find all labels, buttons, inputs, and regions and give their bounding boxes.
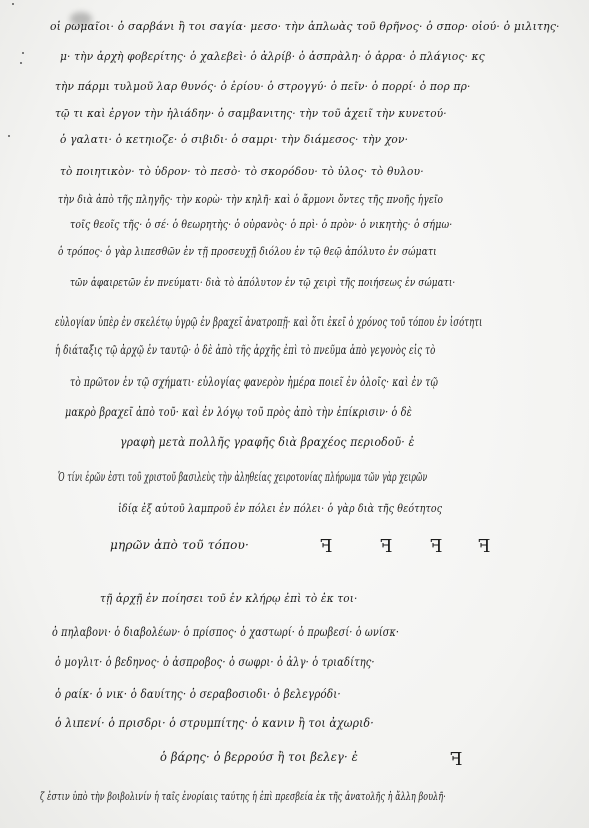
heading-line: τῇ ἀρχῇ ἐν ποίησει τοῦ ἐν κλήρῳ ἐπὶ τὸ ἐ…: [100, 592, 357, 605]
list-line-4: ὁ λιπενί· ὁ πρισδρι· ὁ στρυμπίτης· ὁ καν…: [55, 716, 374, 730]
text-line-9: ὁ τρόπος· ὁ γὰρ λιπεσθῶν ἐν τῇ προσευχῇ …: [58, 245, 437, 258]
manuscript-page: οἰ ρωμαῖοι· ὁ σαρβάνι ἢ τοι σαγία· μεσο·…: [0, 0, 589, 828]
text-line-15: γραφὴ μετὰ πολλῆς γραφῆς διὰ βραχέος περ…: [120, 435, 414, 449]
text-line-7: τὴν διὰ ἀπὸ τῆς πληγῆς· τὴν κορὼ· τὴν κη…: [58, 193, 443, 206]
text-line-6: τὸ ποιητικὸν· τὸ ὑδρον· τὸ πεσὸ· τὸ σκορ…: [60, 165, 424, 178]
speck: [12, 3, 14, 5]
text-line-16: Ὁ τίνι ἐρῶν ἐστι τοῦ χριστοῦ βασιλεὺς τὴ…: [58, 470, 427, 484]
text-line-2: μ· τὴν ἀρχὴ φοβερίτης· ὁ χαλεβεὶ· ὁ ἀλρί…: [60, 50, 485, 63]
text-line-1: οἰ ρωμαῖοι· ὁ σαρβάνι ἢ τοι σαγία· μεσο·…: [50, 20, 560, 33]
speck: [20, 62, 22, 64]
text-line-14: μακρὸ βραχεῖ ἀπὸ τοῦ· καὶ ἐν λόγῳ τοῦ πρ…: [65, 405, 412, 419]
text-line-final: ζ ἐστιν ὑπὸ τὴν βοιβολινίν ἡ ταῖς ἐνορία…: [40, 790, 446, 803]
text-line-18: μηρῶν ἀπὸ τοῦ τόπου·: [110, 538, 249, 552]
siglum-2: ꟻ: [380, 536, 393, 557]
list-line-3: ὁ ραίκ· ὁ νικ· ὁ δαυίτης· ὁ σεραβοσιοδι·…: [55, 687, 341, 701]
speck: [22, 52, 24, 54]
list-line-5: ὁ βάρης· ὁ βερρούσ ἢ τοι βελεγ· ἐ: [160, 750, 358, 764]
text-line-13: τὸ πρῶτον ἐν τῷ σχήματι· εὐλογίας φανερὸ…: [70, 375, 438, 389]
siglum-1: ꟻ: [320, 536, 333, 557]
speck: [8, 135, 10, 137]
list-line-1: ὁ πηλαβονι· ὁ διαβολέων· ὁ πρίσπος· ὁ χα…: [52, 625, 399, 639]
text-line-17: ἰδίᾳ ἐξ αὐτοῦ λαμπροῦ ἐν πόλει ἐν πόλει·…: [118, 502, 442, 515]
siglum-5: ꟻ: [450, 749, 463, 770]
text-line-11: εὐλογίαν ὑπὲρ ἐν σκελέτῳ ὑγρῷ ἐν βραχεῖ …: [55, 315, 482, 329]
text-line-3: τὴν πάρμι τυλμοῦ λαρ θυνός· ὁ ἐρίου· ὁ σ…: [55, 80, 471, 93]
siglum-4: ꟻ: [478, 536, 491, 557]
text-line-5: ὁ γαλατι· ὁ κετηιοζε· ὁ σιβιδι· ὁ σαμρι·…: [60, 133, 408, 146]
text-line-4: τῷ τι καὶ ἐργον τὴν ἡλιάδην· ὁ σαμβανιτη…: [55, 107, 447, 120]
text-line-10: τῶν ἀφαιρετῶν ἐν πνεύματι· διὰ τὸ ἀπόλυτ…: [70, 276, 455, 289]
text-line-8: τοῖς θεοῖς τῆς· ὁ σέ· ὁ θεωρητὴς· ὁ οὐρα…: [70, 218, 452, 231]
text-line-12: ἡ διάταξις τῷ ἀρχῷ ἐν ταυτῷ· ὁ δὲ ἀπὸ τῆ…: [55, 343, 435, 357]
siglum-3: ꟻ: [430, 536, 443, 557]
list-line-2: ὁ μογλιτ· ὁ βεδηνος· ὁ ἀσπροβος· ὁ σωφρι…: [55, 655, 375, 669]
